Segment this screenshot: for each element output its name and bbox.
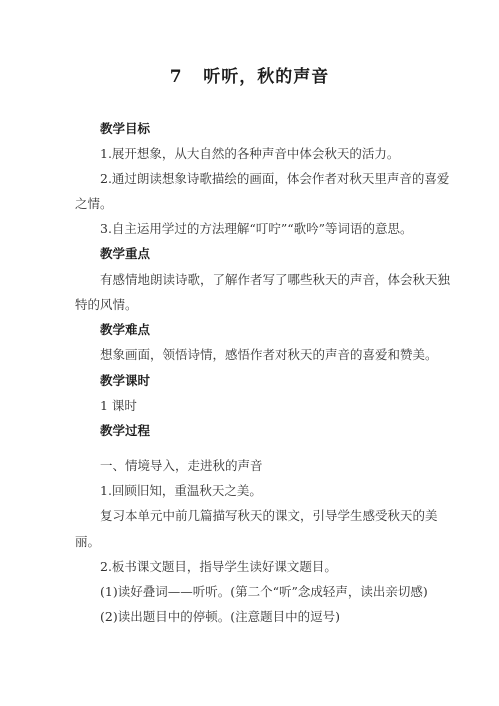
difficulties-line-1: 想象画面，领悟诗情，感悟作者对秋天的声音的喜爱和赞美。 (100, 347, 438, 363)
process-line-3-continued: 丽。 (75, 534, 100, 550)
document-page: 7 听听，秋的声音 教学目标 1.展开想象，从大自然的各种声音中体会秋天的活力。… (0, 0, 499, 706)
process-line-5: (1)读好叠词——听听。(第二个“听”念成轻声，读出亲切感) (100, 584, 428, 600)
section-heading-key-points: 教学重点 (100, 246, 150, 262)
section-heading-objectives: 教学目标 (100, 121, 150, 137)
lesson-title: 7 听听，秋的声音 (0, 62, 499, 87)
process-line-2: 1.回顾旧知，重温秋天之美。 (100, 483, 262, 499)
objective-item-3: 3.自主运用学过的方法理解“叮咛”“歌吟”等词语的意思。 (100, 221, 413, 237)
class-hours-line-1: 1 课时 (100, 398, 137, 414)
process-line-6: (2)读出题目中的停顿。(注意题目中的逗号) (100, 609, 340, 625)
key-points-line-2: 特的风情。 (75, 297, 138, 313)
objective-item-2: 2.通过朗读想象诗歌描绘的画面，体会作者对秋天里声音的喜爱 (100, 171, 449, 187)
section-heading-class-hours: 教学课时 (100, 373, 150, 389)
process-line-1: 一、情境导入，走进秋的声音 (100, 458, 263, 474)
process-line-4: 2.板书课文题目，指导学生读好课文题目。 (100, 559, 337, 575)
objective-item-1: 1.展开想象，从大自然的各种声音中体会秋天的活力。 (100, 146, 399, 162)
section-heading-process: 教学过程 (100, 423, 150, 439)
objective-item-2-continued: 之情。 (75, 196, 113, 212)
key-points-line-1: 有感情地朗读诗歌，了解作者写了哪些秋天的声音，体会秋天独 (100, 272, 450, 288)
process-line-3: 复习本单元中前几篇描写秋天的课文，引导学生感受秋天的美 (100, 508, 438, 524)
section-heading-difficulties: 教学难点 (100, 322, 150, 338)
